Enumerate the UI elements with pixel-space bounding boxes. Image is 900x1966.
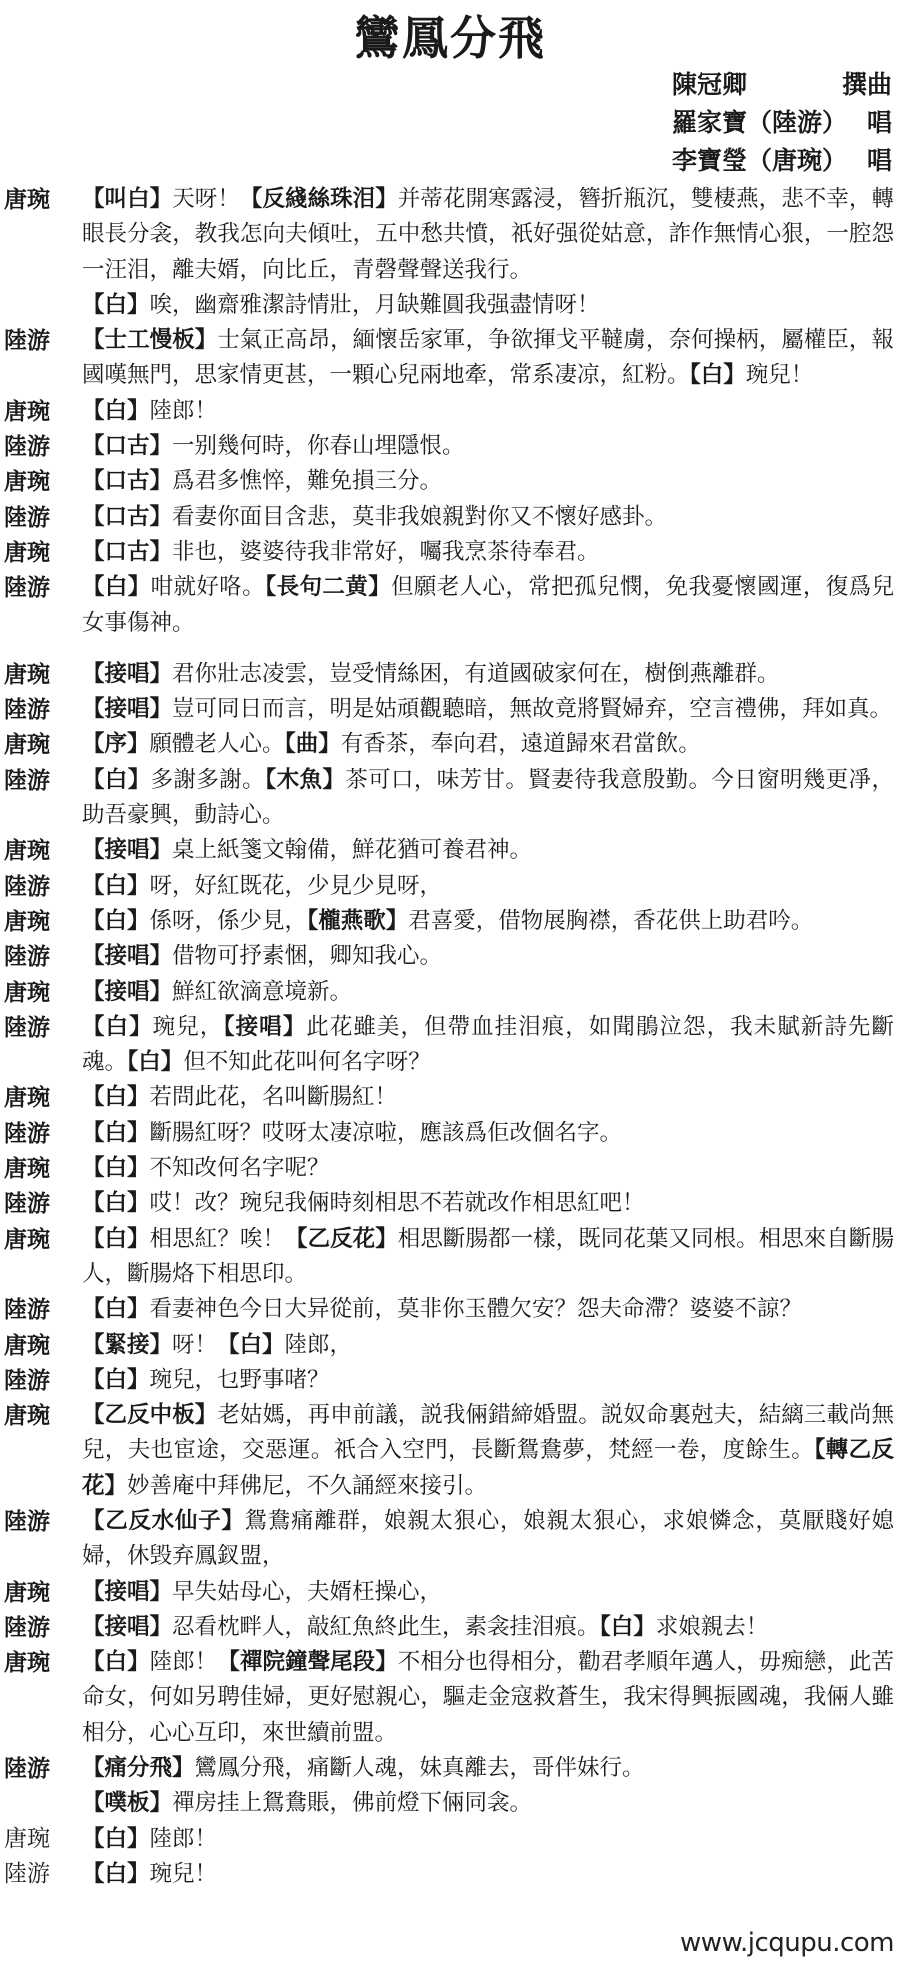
tune-cue: 【乙反花】: [285, 1226, 398, 1252]
speaker-name: 陸游: [4, 1116, 82, 1151]
speaker-name: 陸游: [4, 570, 82, 605]
script-line: 陸游【白】琬兒！: [4, 1857, 894, 1892]
lyric-text: 琬兒，: [153, 1014, 224, 1040]
speaker-name: 陸游: [4, 1751, 82, 1786]
line-content: 【接唱】君你壯志凌雲，豈受情絲困，有道國破家何在，樹倒燕離群。: [82, 657, 894, 692]
tune-cue: 【白】: [82, 908, 150, 934]
tune-cue: 【白】: [82, 574, 151, 600]
lyric-text: 桌上紙箋文翰備，鮮花猶可養君神。: [172, 837, 532, 863]
tune-cue: 【白】: [82, 1190, 150, 1216]
line-content: 【乙反水仙子】鴛鴦痛離群，娘親太狠心，娘親太狠心，求娘憐念，莫厭賤好媳婦，休毁弃…: [82, 1504, 894, 1575]
lyric-text: 有香茶，奉向君，遠道歸來君當飲。: [341, 731, 701, 757]
speaker-name: 陸游: [4, 1292, 82, 1327]
script-line: 陸游【白】看妻神色今日大异從前，莫非你玉體欠安？怨夫命滯？婆婆不諒？: [4, 1292, 894, 1327]
script-line: 陸游【口古】一别幾何時，你春山埋隱恨。: [4, 429, 894, 464]
speaker-name: 唐琬: [4, 182, 82, 217]
script-line: 唐琬【口古】爲君多憔悴，難免損三分。: [4, 464, 894, 499]
lyric-text: 鮮紅欲滴意境新。: [172, 979, 352, 1005]
tune-cue: 【白】: [82, 1826, 150, 1852]
script-line: 唐琬【白】相思紅？唉！【乙反花】相思斷腸都一樣，既同花葉又同根。相思來自斷腸人，…: [4, 1222, 894, 1293]
tune-cue: 【櫳燕歌】: [307, 908, 408, 934]
script-line: 唐琬【接唱】早失姑母心，夫婿枉操心，: [4, 1575, 894, 1610]
credits-block: 陳冠卿 撰曲 羅家寶（陸游） 唱 李寶瑩（唐琬） 唱: [672, 66, 892, 180]
script-line: 唐琬【接唱】君你壯志凌雲，豈受情絲困，有道國破家何在，樹倒燕離群。: [4, 657, 894, 692]
tune-cue: 【白】: [217, 1332, 285, 1358]
line-content: 【口古】爲君多憔悴，難免損三分。: [82, 464, 894, 499]
lyric-text: 琬兒，乜野事啫？: [150, 1367, 330, 1393]
speaker-name: 陸游: [4, 1857, 82, 1892]
tune-cue: 【白】: [82, 1367, 150, 1393]
credit-name: 陳冠卿: [672, 66, 747, 104]
speaker-name: 唐琬: [4, 1822, 82, 1857]
tune-cue: 【白】: [82, 398, 150, 424]
speaker-name: 陸游: [4, 429, 82, 464]
line-content: 【白】若問此花，名叫斷腸紅！: [82, 1080, 894, 1115]
document-title: 鸞鳳分飛: [0, 10, 900, 66]
tune-cue: 【白】: [82, 1014, 153, 1040]
lyric-text: 呀！: [172, 1332, 217, 1358]
watermark: www.jcqupu.com: [680, 1928, 894, 1958]
speaker-name: 唐琬: [4, 975, 82, 1010]
credit-singer-luyou: 羅家寶（陸游） 唱: [672, 104, 892, 142]
line-content: 【接唱】豈可同日而言，明是姑頑觀聽暗，無故竟將賢婦弃，空言禮佛，拜如真。: [82, 692, 894, 727]
speaker-name: 唐琬: [4, 833, 82, 868]
tune-cue: 【曲】: [285, 731, 341, 757]
line-content: 【緊接】呀！【白】陸郎，: [82, 1328, 894, 1363]
script-line: 陸游【白】琬兒，乜野事啫？: [4, 1363, 894, 1398]
tune-cue: 【接唱】: [82, 943, 172, 969]
script-line: 陸游【白】琬兒，【接唱】此花雖美，但帶血挂泪痕，如聞鵑泣怨，我未賦新詩先斷魂。【…: [4, 1010, 894, 1081]
tune-cue: 【接唱】: [82, 1614, 172, 1640]
line-content: 【接唱】桌上紙箋文翰備，鮮花猶可養君神。: [82, 833, 894, 868]
tune-cue: 【接唱】: [82, 661, 172, 687]
line-content: 【白】陸郎！【禪院鐘聲尾段】不相分也得相分，勸君孝順年邁人，毋痴戀，此苦命女，何…: [82, 1645, 894, 1751]
lyric-text: 豈可同日而言，明是姑頑觀聽暗，無故竟將賢婦弃，空言禮佛，拜如真。: [172, 696, 892, 722]
lyric-text: 早失姑母心，夫婿枉操心，: [172, 1579, 442, 1605]
line-content: 【白】琬兒！: [82, 1857, 894, 1892]
line-content: 【接唱】借物可抒素悃，卿知我心。: [82, 939, 894, 974]
line-content: 【痛分飛】鸞鳳分飛，痛斷人魂，妹真離去，哥伴妹行。: [82, 1751, 894, 1786]
lyric-text: 哎！改？琬兒我倆時刻相思不若就改作相思紅吧！: [150, 1190, 645, 1216]
script-line: 【噗板】禪房挂上鴛鴦賬，佛前燈下倆同衾。: [4, 1786, 894, 1821]
lyric-text: 係呀，係少見，: [150, 908, 308, 934]
tune-cue: 【序】: [82, 731, 150, 757]
line-content: 【白】係呀，係少見，【櫳燕歌】君喜愛，借物展胸襟，香花供上助君吟。: [82, 904, 894, 939]
speaker-name: 唐琬: [4, 1151, 82, 1186]
script-line: 唐琬【乙反中板】老姑媽，再申前議，説我倆錯締婚盟。説奴命裏尅夫，結縭三載尚無兒，…: [4, 1398, 894, 1504]
script-line: 陸游【士工慢板】士氣正高昂，緬懷岳家軍，争欲揮戈平韃虜，奈何操柄，屬權臣，報國嘆…: [4, 323, 894, 394]
tune-cue: 【反綫絲珠泪】: [240, 186, 398, 212]
speaker-name: 唐琬: [4, 904, 82, 939]
lyric-text: 陸郎，: [285, 1332, 353, 1358]
tune-cue: 【口古】: [82, 539, 172, 565]
speaker-name: 唐琬: [4, 1328, 82, 1363]
line-content: 【白】呀，好紅既花，少見少見呀，: [82, 869, 894, 904]
lyric-text: 天呀！: [172, 186, 240, 212]
line-content: 【白】咁就好咯。【長句二黄】但願老人心，常把孤兒憫，免我憂懷國運，復爲兒女事傷神…: [82, 570, 894, 641]
lyric-text: 禪房挂上鴛鴦賬，佛前燈下倆同衾。: [172, 1790, 532, 1816]
tune-cue: 【叫白】: [82, 186, 172, 212]
line-content: 【序】願體老人心。【曲】有香茶，奉向君，遠道歸來君當飲。: [82, 727, 894, 762]
tune-cue: 【白】: [600, 1614, 656, 1640]
tune-cue: 【白】: [82, 767, 151, 793]
line-content: 【接唱】鮮紅欲滴意境新。: [82, 975, 894, 1010]
credit-role: 唱: [867, 142, 892, 180]
tune-cue: 【接唱】: [82, 1579, 172, 1605]
lyric-text: 君你壯志凌雲，豈受情絲困，有道國破家何在，樹倒燕離群。: [172, 661, 780, 687]
line-content: 【白】多謝多謝。【木魚】茶可口，味芳甘。賢妻待我意殷勤。今日窗明幾更凈，助吾豪興…: [82, 763, 894, 834]
speaker-name: 陸游: [4, 939, 82, 974]
line-content: 【白】斷腸紅呀？哎呀太凄凉啦，應該爲佢改個名字。: [82, 1116, 894, 1151]
script-line: 唐琬【口古】非也，婆婆待我非常好，囑我烹茶待奉君。: [4, 535, 894, 570]
tune-cue: 【白】: [82, 1120, 150, 1146]
tune-cue: 【口古】: [82, 433, 172, 459]
line-content: 【白】陸郎！: [82, 1822, 894, 1857]
lyric-text: 呀，好紅既花，少見少見呀，: [150, 873, 443, 899]
script-line: 陸游【口古】看妻你面目含悲，莫非我娘親對你又不懷好感卦。: [4, 500, 894, 535]
lyric-text: 忍看枕畔人，敲紅魚終此生，素衾挂泪痕。: [172, 1614, 600, 1640]
script-line: 唐琬【白】陸郎！: [4, 1822, 894, 1857]
script-line: 唐琬【接唱】桌上紙箋文翰備，鮮花猶可養君神。: [4, 833, 894, 868]
lyric-text: 妙善庵中拜佛尼，不久誦經來接引。: [127, 1473, 487, 1499]
speaker-name: 唐琬: [4, 1575, 82, 1610]
line-content: 【噗板】禪房挂上鴛鴦賬，佛前燈下倆同衾。: [82, 1786, 894, 1821]
lyric-text: 若問此花，名叫斷腸紅！: [150, 1084, 398, 1110]
speaker-name: 陸游: [4, 763, 82, 798]
script-line: 陸游【接唱】忍看枕畔人，敲紅魚終此生，素衾挂泪痕。【白】求娘親去！: [4, 1610, 894, 1645]
line-content: 【白】不知改何名字呢？: [82, 1151, 894, 1186]
tune-cue: 【接唱】: [82, 837, 172, 863]
speaker-name: 唐琬: [4, 1398, 82, 1433]
lyric-text: 多謝多謝。: [151, 767, 265, 793]
speaker-name: 陸游: [4, 692, 82, 727]
tune-cue: 【接唱】: [82, 979, 172, 1005]
tune-cue: 【木魚】: [265, 767, 345, 793]
lyric-text: 相思紅？唉！: [150, 1226, 285, 1252]
tune-cue: 【口古】: [82, 504, 172, 530]
tune-cue: 【長句二黄】: [265, 574, 391, 600]
script-line: 唐琬【接唱】鮮紅欲滴意境新。: [4, 975, 894, 1010]
tune-cue: 【白】: [127, 1049, 183, 1075]
speaker-name: 陸游: [4, 500, 82, 535]
speaker-name: 陸游: [4, 1363, 82, 1398]
tune-cue: 【白】: [82, 292, 150, 318]
lyric-text: 陸郎！: [150, 1649, 218, 1675]
tune-cue: 【口古】: [82, 468, 172, 494]
script-line: 陸游【乙反水仙子】鴛鴦痛離群，娘親太狠心，娘親太狠心，求娘憐念，莫厭賤好媳婦，休…: [4, 1504, 894, 1575]
lyric-text: 非也，婆婆待我非常好，囑我烹茶待奉君。: [172, 539, 600, 565]
script-line: 唐琬【白】不知改何名字呢？: [4, 1151, 894, 1186]
tune-cue: 【白】: [82, 1649, 150, 1675]
script-line: 陸游【接唱】豈可同日而言，明是姑頑觀聽暗，無故竟將賢婦弃，空言禮佛，拜如真。: [4, 692, 894, 727]
line-content: 【士工慢板】士氣正高昂，緬懷岳家軍，争欲揮戈平韃虜，奈何操柄，屬權臣，報國嘆無門…: [82, 323, 894, 394]
speaker-name: 唐琬: [4, 727, 82, 762]
lyric-text: 斷腸紅呀？哎呀太凄凉啦，應該爲佢改個名字。: [150, 1120, 623, 1146]
line-content: 【接唱】忍看枕畔人，敲紅魚終此生，素衾挂泪痕。【白】求娘親去！: [82, 1610, 894, 1645]
script-line: 唐琬【叫白】天呀！【反綫絲珠泪】并蒂花開寒露浸，簪折瓶沉，雙棲燕，悲不幸，轉眼長…: [4, 182, 894, 288]
script-line: 陸游【白】呀，好紅既花，少見少見呀，: [4, 869, 894, 904]
script-line: 唐琬【白】係呀，係少見，【櫳燕歌】君喜愛，借物展胸襟，香花供上助君吟。: [4, 904, 894, 939]
script-line: 唐琬【白】陸郎！【禪院鐘聲尾段】不相分也得相分，勸君孝順年邁人，毋痴戀，此苦命女…: [4, 1645, 894, 1751]
script-line: 陸游【接唱】借物可抒素悃，卿知我心。: [4, 939, 894, 974]
speaker-name: 唐琬: [4, 394, 82, 429]
lyric-text: 但不知此花叫何名字呀？: [183, 1049, 431, 1075]
tune-cue: 【痛分飛】: [82, 1755, 195, 1781]
lyric-text: 咁就好咯。: [151, 574, 265, 600]
tune-cue: 【白】: [82, 1155, 150, 1181]
lyric-text: 君喜愛，借物展胸襟，香花供上助君吟。: [408, 908, 813, 934]
speaker-name: 陸游: [4, 1010, 82, 1045]
lyric-text: 看妻神色今日大异從前，莫非你玉體欠安？怨夫命滯？婆婆不諒？: [150, 1296, 803, 1322]
lyric-text: 唉，幽齋雅潔詩情壯，月缺難圓我强盡情呀！: [150, 292, 600, 318]
line-content: 【白】看妻神色今日大异從前，莫非你玉體欠安？怨夫命滯？婆婆不諒？: [82, 1292, 894, 1327]
speaker-name: 陸游: [4, 869, 82, 904]
script-line: 唐琬【白】若問此花，名叫斷腸紅！: [4, 1080, 894, 1115]
tune-cue: 【白】: [82, 873, 150, 899]
lyric-text: 願體老人心。: [150, 731, 285, 757]
line-content: 【口古】非也，婆婆待我非常好，囑我烹茶待奉君。: [82, 535, 894, 570]
script-line: 陸游【痛分飛】鸞鳳分飛，痛斷人魂，妹真離去，哥伴妹行。: [4, 1751, 894, 1786]
credit-role: 唱: [867, 104, 892, 142]
speaker-name: 陸游: [4, 323, 82, 358]
tune-cue: 【禪院鐘聲尾段】: [217, 1649, 397, 1675]
tune-cue: 【乙反水仙子】: [82, 1508, 245, 1534]
tune-cue: 【白】: [82, 1861, 150, 1887]
line-content: 【白】琬兒，乜野事啫？: [82, 1363, 894, 1398]
speaker-name: 唐琬: [4, 464, 82, 499]
speaker-name: 唐琬: [4, 657, 82, 692]
lyric-text: 借物可抒素悃，卿知我心。: [172, 943, 442, 969]
credit-name: 羅家寶（陸游）: [672, 104, 847, 142]
script-line: 陸游【白】咁就好咯。【長句二黄】但願老人心，常把孤兒憫，免我憂懷國運，復爲兒女事…: [4, 570, 894, 641]
tune-cue: 【接唱】: [82, 696, 172, 722]
speaker-name: 陸游: [4, 1504, 82, 1539]
lyric-text: 陸郎！: [150, 398, 218, 424]
credit-role: 撰曲: [842, 66, 892, 104]
lyric-text: 琬兒！: [150, 1861, 218, 1887]
tune-cue: 【士工慢板】: [82, 327, 217, 353]
line-content: 【白】琬兒，【接唱】此花雖美，但帶血挂泪痕，如聞鵑泣怨，我未賦新詩先斷魂。【白】…: [82, 1010, 894, 1081]
speaker-name: 唐琬: [4, 1222, 82, 1257]
lyric-text: 鸞鳳分飛，痛斷人魂，妹真離去，哥伴妹行。: [195, 1755, 645, 1781]
speaker-name: 唐琬: [4, 1080, 82, 1115]
speaker-name: 唐琬: [4, 1645, 82, 1680]
speaker-name: 陸游: [4, 1186, 82, 1221]
tune-cue: 【接唱】: [223, 1014, 306, 1040]
credit-name: 李寶瑩（唐琬）: [672, 142, 847, 180]
credit-singer-tangwan: 李寶瑩（唐琬） 唱: [672, 142, 892, 180]
lyric-text: 求娘親去！: [656, 1614, 769, 1640]
credit-composer: 陳冠卿 撰曲: [672, 66, 892, 104]
script-line: 唐琬【緊接】呀！【白】陸郎，: [4, 1328, 894, 1363]
speaker-name: 陸游: [4, 1610, 82, 1645]
lyric-text: 一别幾何時，你春山埋隱恨。: [172, 433, 465, 459]
script-line: 陸游【白】多謝多謝。【木魚】茶可口，味芳甘。賢妻待我意殷勤。今日窗明幾更凈，助吾…: [4, 763, 894, 834]
script-line: 唐琬【白】陸郎！: [4, 394, 894, 429]
line-content: 【接唱】早失姑母心，夫婿枉操心，: [82, 1575, 894, 1610]
line-content: 【乙反中板】老姑媽，再申前議，説我倆錯締婚盟。説奴命裏尅夫，結縭三載尚無兒，夫也…: [82, 1398, 894, 1504]
script-body: 唐琬【叫白】天呀！【反綫絲珠泪】并蒂花開寒露浸，簪折瓶沉，雙棲燕，悲不幸，轉眼長…: [4, 182, 894, 1892]
line-content: 【白】唉，幽齋雅潔詩情壯，月缺難圓我强盡情呀！: [82, 288, 894, 323]
tune-cue: 【白】: [690, 362, 746, 388]
line-content: 【白】陸郎！: [82, 394, 894, 429]
speaker-name: 唐琬: [4, 535, 82, 570]
line-content: 【口古】看妻你面目含悲，莫非我娘親對你又不懷好感卦。: [82, 500, 894, 535]
line-content: 【叫白】天呀！【反綫絲珠泪】并蒂花開寒露浸，簪折瓶沉，雙棲燕，悲不幸，轉眼長分衾…: [82, 182, 894, 288]
script-line: 陸游【白】斷腸紅呀？哎呀太凄凉啦，應該爲佢改個名字。: [4, 1116, 894, 1151]
tune-cue: 【白】: [82, 1296, 150, 1322]
lyric-text: 琬兒！: [746, 362, 814, 388]
tune-cue: 【白】: [82, 1084, 150, 1110]
lyric-text: 不知改何名字呢？: [150, 1155, 330, 1181]
tune-cue: 【緊接】: [82, 1332, 172, 1358]
tune-cue: 【噗板】: [82, 1790, 172, 1816]
line-content: 【白】哎！改？琬兒我倆時刻相思不若就改作相思紅吧！: [82, 1186, 894, 1221]
script-line: 唐琬【序】願體老人心。【曲】有香茶，奉向君，遠道歸來君當飲。: [4, 727, 894, 762]
script-line: 【白】唉，幽齋雅潔詩情壯，月缺難圓我强盡情呀！: [4, 288, 894, 323]
lyric-text: 看妻你面目含悲，莫非我娘親對你又不懷好感卦。: [172, 504, 667, 530]
line-content: 【白】相思紅？唉！【乙反花】相思斷腸都一樣，既同花葉又同根。相思來自斷腸人，斷腸…: [82, 1222, 894, 1293]
script-line: 陸游【白】哎！改？琬兒我倆時刻相思不若就改作相思紅吧！: [4, 1186, 894, 1221]
lyric-text: 爲君多憔悴，難免損三分。: [172, 468, 442, 494]
line-content: 【口古】一别幾何時，你春山埋隱恨。: [82, 429, 894, 464]
tune-cue: 【乙反中板】: [82, 1402, 217, 1428]
lyric-text: 陸郎！: [150, 1826, 218, 1852]
tune-cue: 【白】: [82, 1226, 150, 1252]
